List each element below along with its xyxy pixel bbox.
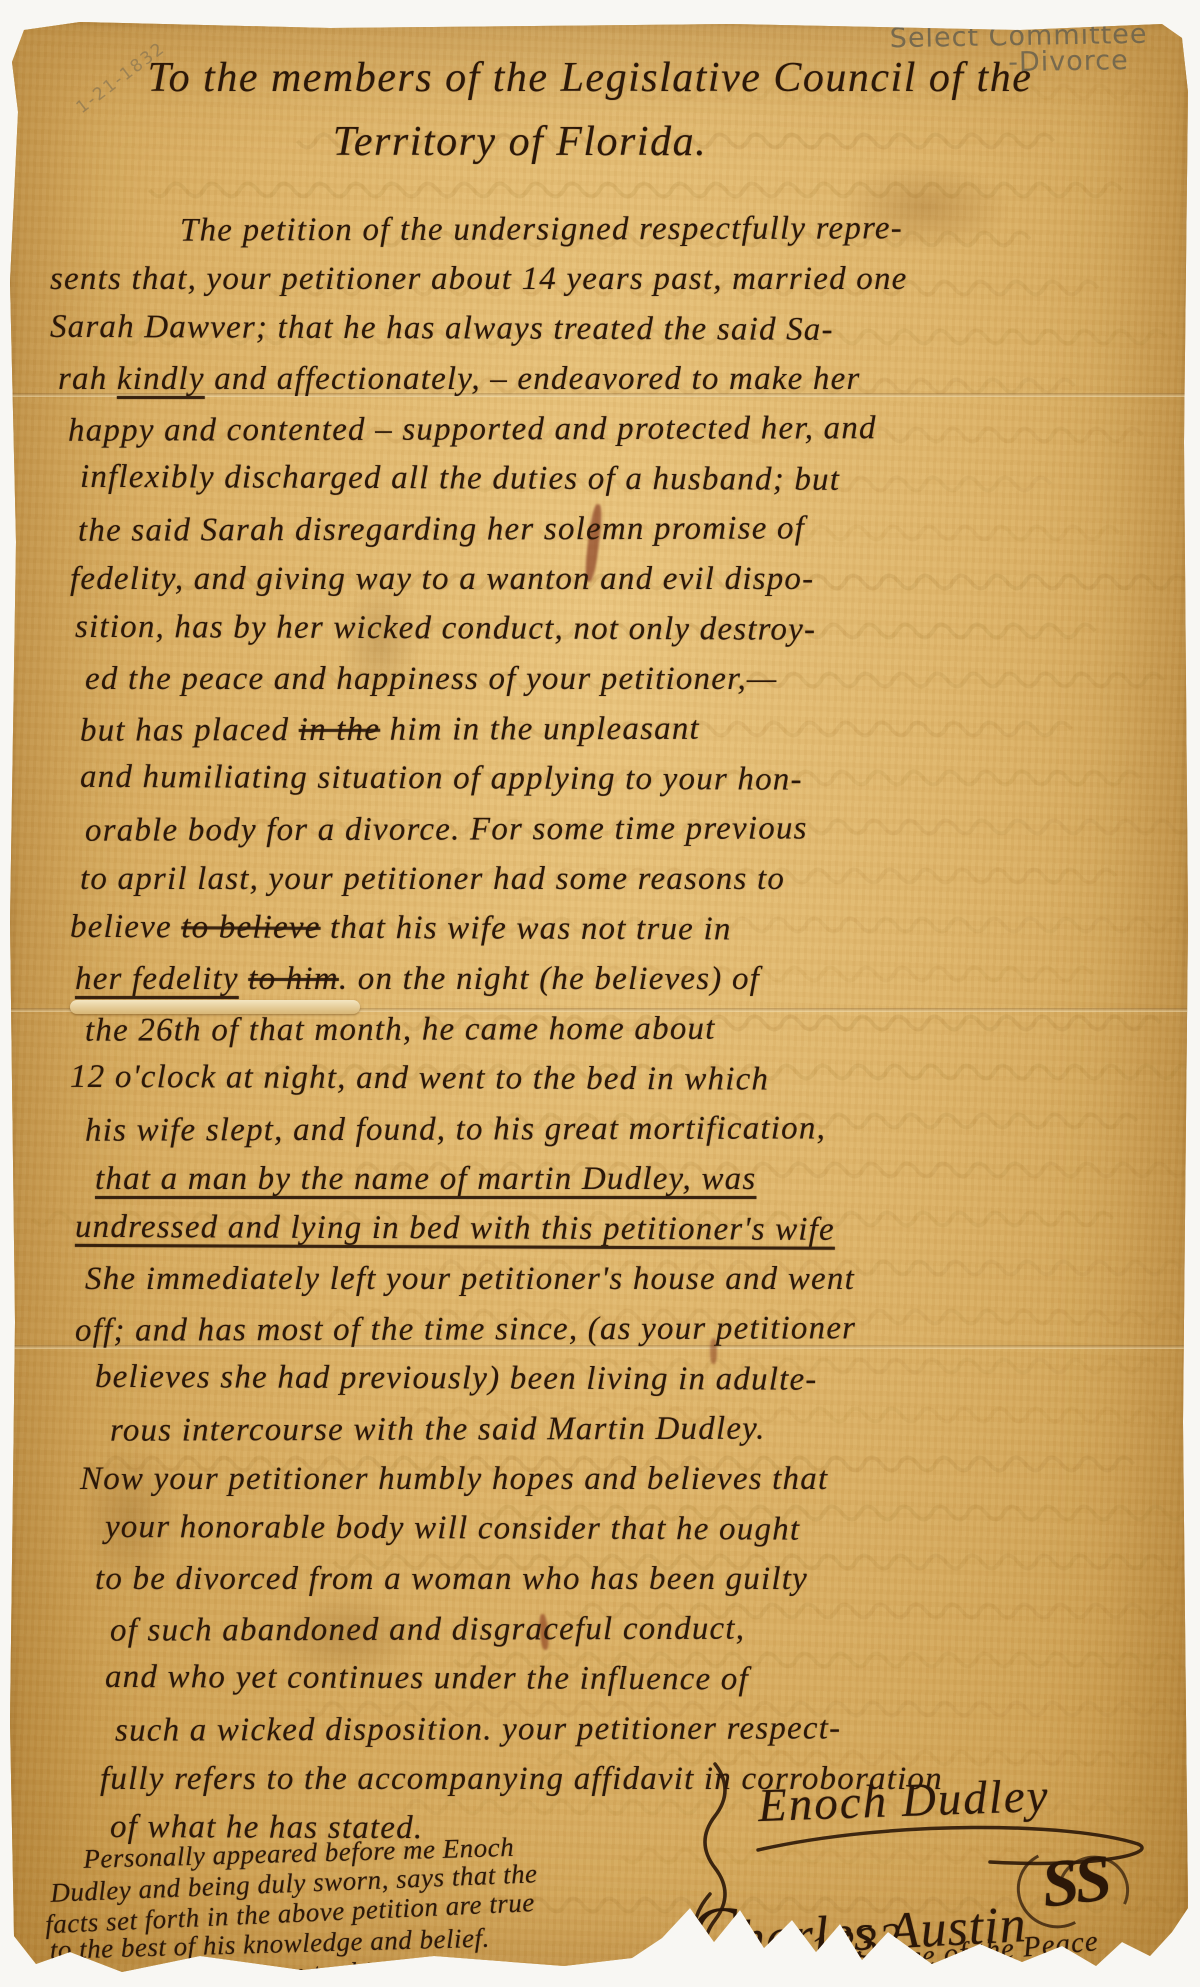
text-segment: . on the night (he believes) of (339, 961, 760, 997)
text-segment: rous intercourse with the said Martin Du… (110, 1411, 766, 1449)
text-segment: inflexibly discharged all the duties of … (80, 459, 840, 498)
document-scan: Select Committee -Divorce 1-21-1832 To t… (0, 0, 1200, 1987)
text-segment: that his wife was not true in (321, 910, 732, 948)
manuscript-line: the 26th of that month, he came home abo… (85, 1002, 1175, 1055)
manuscript-line: to april last, your petitioner had some … (80, 854, 1175, 904)
text-segment: such a wicked disposition. your petition… (115, 1710, 841, 1748)
scilicet-seal: SS (1038, 1840, 1112, 1923)
text-segment: but has placed (80, 712, 299, 749)
text-segment: 12 o'clock at night, and went to the bed… (70, 1059, 769, 1098)
text-segment: that a man by the name of martin Dudley,… (95, 1161, 756, 1197)
affidavit-block: Personally appeared before me EnochDudle… (53, 1831, 540, 1987)
manuscript-line: Sarah Dawver; that he has always treated… (50, 302, 1175, 356)
text-segment: kindly (117, 361, 205, 397)
text-segment (239, 961, 248, 997)
text-segment: Now your petitioner humbly hopes and bel… (80, 1461, 828, 1497)
manuscript-line: his wife slept, and found, to his great … (85, 1102, 1175, 1155)
text-segment: believes she had previously) been living… (95, 1359, 818, 1398)
manuscript-line: rah kindly and affectionately, – endeavo… (58, 354, 1175, 404)
manuscript-line: to be divorced from a woman who has been… (95, 1554, 1175, 1604)
text-segment: off; and has most of the time since, (as… (75, 1310, 856, 1348)
manuscript-line: believes she had previously) been living… (95, 1352, 1175, 1406)
text-segment: ed the peace and happiness of your petit… (85, 661, 777, 697)
manuscript-line: sents that, your petitioner about 14 yea… (50, 254, 1175, 304)
text-segment: Sarah Dawver; that he has always treated… (50, 309, 834, 348)
text-segment: him in the unpleasant (380, 711, 700, 748)
text-segment: She immediately left your petitioner's h… (85, 1261, 855, 1297)
text-segment: your honorable body will consider that h… (105, 1509, 800, 1548)
bleedthrough-stroke (149, 184, 1122, 197)
manuscript-line: such a wicked disposition. your petition… (115, 1702, 1175, 1755)
heading-line-1: To the members of the Legislative Counci… (148, 55, 1033, 101)
text-segment: to april last, your petitioner had some … (80, 861, 785, 897)
manuscript-line: believe to believe that his wife was not… (70, 902, 1175, 956)
manuscript-line: The petition of the undersigned respectf… (180, 202, 1175, 255)
manuscript-line: of such abandoned and disgraceful conduc… (110, 1602, 1175, 1655)
text-segment: of such abandoned and disgraceful conduc… (110, 1611, 745, 1649)
manuscript-line: 12 o'clock at night, and went to the bed… (70, 1052, 1175, 1106)
manuscript-line: happy and contented – supported and prot… (68, 402, 1175, 455)
manuscript-line: She immediately left your petitioner's h… (85, 1254, 1175, 1304)
petition-heading: To the members of the Legislative Counci… (40, 46, 1140, 174)
manuscript-line: and humiliating situation of applying to… (80, 752, 1175, 806)
text-segment: to be divorced from a woman who has been… (95, 1561, 808, 1597)
manuscript-line: inflexibly discharged all the duties of … (80, 452, 1175, 506)
text-segment: her fedelity (75, 961, 239, 997)
manuscript-line: undressed and lying in bed with this pet… (75, 1202, 1175, 1256)
text-segment: and who yet continues under the influenc… (105, 1659, 749, 1697)
manuscript-line: sition, has by her wicked conduct, not o… (75, 602, 1175, 656)
text-segment: orable body for a divorce. For some time… (85, 810, 808, 848)
text-segment: sents that, your petitioner about 14 yea… (50, 261, 908, 297)
text-segment: the 26th of that month, he came home abo… (85, 1011, 716, 1049)
petition-body: The petition of the undersigned respectf… (50, 204, 1175, 1854)
manuscript-line: her fedelity to him. on the night (he be… (75, 954, 1175, 1004)
manuscript-line: and who yet continues under the influenc… (105, 1652, 1175, 1706)
text-segment: fedelity, and giving way to a wanton and… (70, 561, 814, 597)
text-segment: to him (248, 961, 339, 997)
manuscript-line: your honorable body will consider that h… (105, 1502, 1175, 1556)
text-segment: to believe (181, 909, 320, 946)
petition-document-paper: Select Committee -Divorce 1-21-1832 To t… (10, 22, 1188, 1982)
text-segment: his wife slept, and found, to his great … (85, 1110, 826, 1148)
text-segment: happy and contented – supported and prot… (68, 410, 877, 449)
heading-line-2: Territory of Florida. (0, 110, 1070, 174)
manuscript-line: rous intercourse with the said Martin Du… (110, 1402, 1175, 1455)
manuscript-line: off; and has most of the time since, (as… (75, 1302, 1175, 1355)
text-segment: and humiliating situation of applying to… (80, 759, 803, 798)
manuscript-line: the said Sarah disregarding her solemn p… (78, 502, 1175, 555)
manuscript-line: that a man by the name of martin Dudley,… (95, 1154, 1175, 1204)
manuscript-line: but has placed in the him in the unpleas… (80, 702, 1175, 755)
petitioner-signature: Enoch Dudley (757, 1769, 1050, 1833)
text-segment: the said Sarah disregarding her solemn p… (78, 510, 805, 548)
text-segment: and affectionately, – endeavored to make… (205, 361, 861, 397)
text-segment: undressed and lying in bed with this pet… (75, 1209, 835, 1248)
manuscript-line: fedelity, and giving way to a wanton and… (70, 554, 1175, 604)
manuscript-line: ed the peace and happiness of your petit… (85, 654, 1175, 704)
text-segment: The petition of the undersigned respectf… (180, 210, 903, 248)
text-segment: sition, has by her wicked conduct, not o… (75, 609, 816, 648)
text-segment: rah (58, 361, 117, 397)
text-segment: in the (299, 712, 381, 748)
justice-signature: Charles Austin (686, 1875, 1028, 1978)
manuscript-line: Now your petitioner humbly hopes and bel… (80, 1454, 1175, 1504)
manuscript-line: orable body for a divorce. For some time… (85, 802, 1175, 855)
text-segment: believe (70, 909, 181, 945)
